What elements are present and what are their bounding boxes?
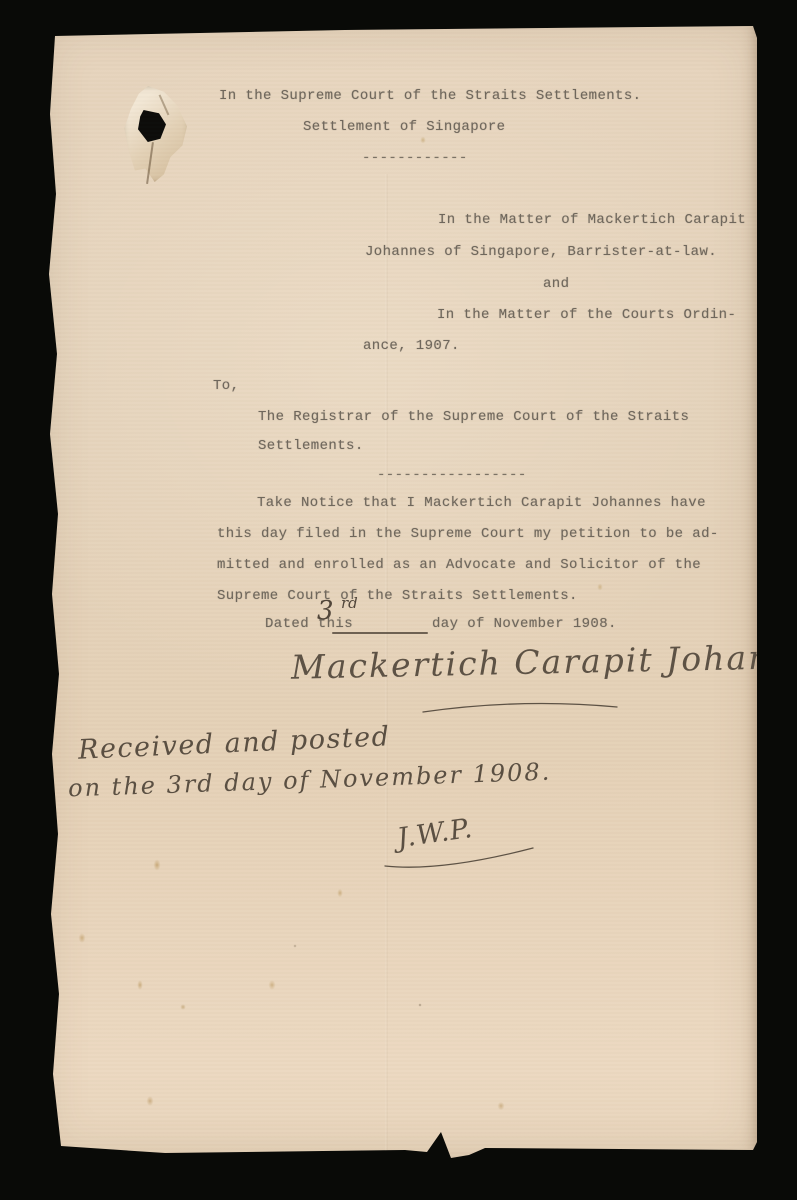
notice-line-1: Take Notice that I Mackertich Carapit Jo… (257, 495, 706, 511)
addressee-line-1: The Registrar of the Supreme Court of th… (258, 409, 689, 425)
matter-and: and (543, 276, 569, 292)
dated-rest: day of November 1908. (432, 616, 617, 632)
addressee-to: To, (213, 378, 239, 394)
matter-line-1: In the Matter of Mackertich Carapit (438, 212, 746, 228)
scan-background: In the Supreme Court of the Straits Sett… (0, 0, 797, 1200)
endorsement-line-1: Received and posted (77, 721, 391, 766)
heading-divider: ------------ (362, 150, 468, 166)
settlement-line: Settlement of Singapore (303, 119, 505, 135)
endorsement-line-2: on the 3rd day of November 1908. (68, 758, 552, 803)
initials-underline (381, 842, 541, 872)
signature-underline (421, 696, 621, 718)
notice-line-3: mitted and enrolled as an Advocate and S… (217, 557, 701, 573)
notice-line-4: Supreme Court of the Straits Settlements… (217, 588, 578, 604)
document-page: In the Supreme Court of the Straits Sett… (45, 24, 757, 1158)
dated-day-underline (332, 632, 428, 634)
matter-line-4: ance, 1907. (363, 338, 460, 354)
dated-prefix: Dated this (265, 616, 353, 632)
matter-line-2: Johannes of Singapore, Barrister-at-law. (365, 244, 717, 260)
dated-day-ordinal: rd (341, 594, 358, 612)
addressee-divider: ----------------- (377, 467, 527, 483)
signature-name: Mackertich Carapit Johannes (291, 636, 797, 686)
court-title-line: In the Supreme Court of the Straits Sett… (219, 88, 641, 104)
dated-day-handwritten: 3 (317, 596, 334, 626)
addressee-line-2: Settlements. (258, 438, 364, 454)
notice-line-2: this day filed in the Supreme Court my p… (217, 526, 719, 542)
matter-line-3: In the Matter of the Courts Ordin- (437, 307, 736, 323)
